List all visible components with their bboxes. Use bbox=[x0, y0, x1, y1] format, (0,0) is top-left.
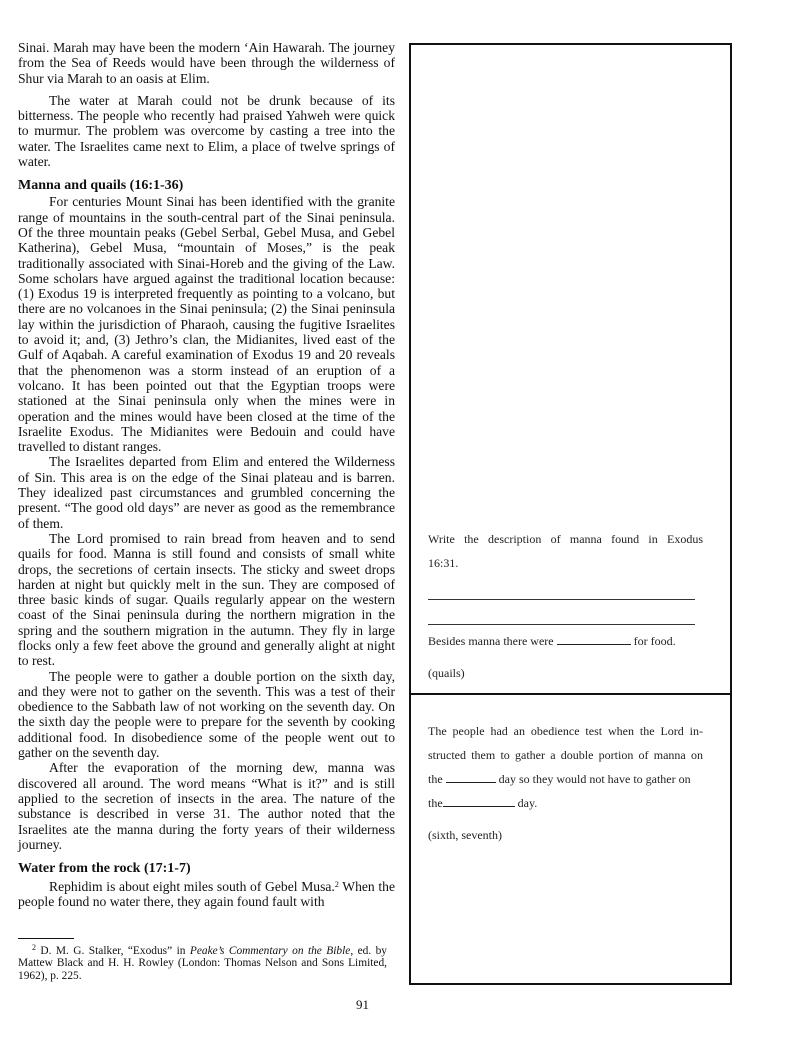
paragraph: Rephidim is about eight miles south of G… bbox=[18, 877, 395, 910]
section-heading-water-from-the-rock: Water from the rock (17:1-7) bbox=[18, 861, 395, 876]
exercise-prompt: The people had an obedience test when th… bbox=[428, 719, 703, 743]
exercise-prompt: 16:31. bbox=[428, 551, 703, 575]
exercise-manna-description: Write the description of manna found in … bbox=[428, 527, 703, 685]
fill-in-blank-seventh[interactable] bbox=[443, 796, 515, 807]
fill-in-sentence: the day so they would not have to gather… bbox=[428, 767, 703, 791]
footnote-book-title: Peake’s Commentary on the Bible bbox=[190, 945, 350, 957]
answer-key: (sixth, seventh) bbox=[428, 823, 703, 847]
paragraph-text: Rephidim is about eight miles south of G… bbox=[49, 879, 335, 894]
workbook-margin-frame: Write the description of manna found in … bbox=[409, 43, 732, 985]
fill-in-blank-quails[interactable] bbox=[557, 634, 631, 645]
paragraph: For centuries Mount Sinai has been ident… bbox=[18, 194, 395, 454]
answer-line[interactable] bbox=[428, 600, 695, 625]
footnote-text: D. M. G. Stalker, “Exodus” in bbox=[36, 945, 190, 957]
sentence-text: for food. bbox=[634, 634, 676, 648]
fill-in-sentence: the day. bbox=[428, 791, 703, 815]
exercise-box-obedience: The people had an obedience test when th… bbox=[411, 695, 730, 983]
exercise-obedience-test: The people had an obedience test when th… bbox=[428, 719, 703, 847]
fill-in-blank-sixth[interactable] bbox=[446, 772, 496, 783]
exercise-box-manna: Write the description of manna found in … bbox=[411, 45, 730, 695]
paragraph: After the evaporation of the morning dew… bbox=[18, 760, 395, 852]
paragraph: Sinai. Marah may have been the modern ‘A… bbox=[18, 40, 395, 86]
paragraph: The Israelites departed from Elim and en… bbox=[18, 454, 395, 530]
footnote-divider bbox=[18, 938, 74, 939]
paragraph: The water at Marah could not be drunk be… bbox=[18, 93, 395, 169]
answer-line[interactable] bbox=[428, 575, 695, 600]
sentence-text: the bbox=[428, 772, 443, 786]
page-number: 91 bbox=[356, 997, 369, 1013]
exercise-prompt: Write the description of manna found in … bbox=[428, 527, 703, 551]
exercise-prompt: structed them to gather a double portion… bbox=[428, 743, 703, 767]
paragraph: The people were to gather a double porti… bbox=[18, 669, 395, 761]
footnote: 2 D. M. G. Stalker, “Exodus” in Peake’s … bbox=[18, 942, 387, 982]
sentence-text: the bbox=[428, 796, 443, 810]
answer-key: (quails) bbox=[428, 661, 703, 685]
fill-in-sentence: Besides manna there were for food. bbox=[428, 629, 703, 653]
sentence-text: Besides manna there were bbox=[428, 634, 554, 648]
main-text-column: Sinai. Marah may have been the modern ‘A… bbox=[18, 40, 395, 910]
sentence-text: day. bbox=[518, 796, 538, 810]
sentence-text: day so they would not have to gather on bbox=[499, 772, 691, 786]
paragraph: The Lord promised to rain bread from hea… bbox=[18, 531, 395, 669]
section-heading-manna-and-quails: Manna and quails (16:1-36) bbox=[18, 178, 395, 193]
